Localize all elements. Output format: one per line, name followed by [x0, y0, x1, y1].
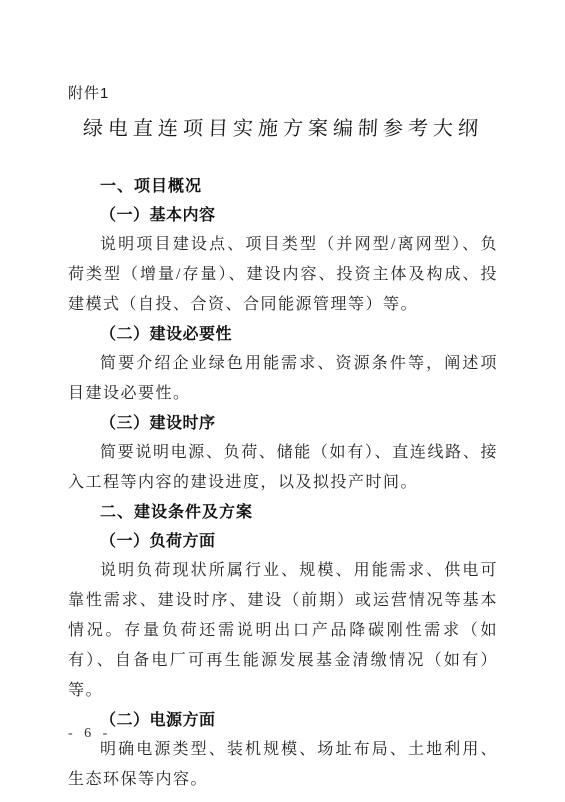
subheading-construction-schedule: （三）建设时序	[68, 409, 498, 438]
subheading-power-source-aspect: （二）电源方面	[68, 706, 498, 735]
subheading-basic-content: （一）基本内容	[68, 201, 498, 230]
document-title: 绿电直连项目实施方案编制参考大纲	[67, 114, 499, 144]
page-number: - 6 -	[68, 726, 111, 742]
subheading-construction-necessity: （二）建设必要性	[68, 320, 498, 349]
document-content: 附件1 绿电直连项目实施方案编制参考大纲 一、项目概况 （一）基本内容 说明项目…	[68, 84, 498, 795]
section-heading-project-overview: 一、项目概况	[68, 172, 498, 201]
paragraph-load-aspect: 说明负荷现状所属行业、规模、用能需求、供电可靠性需求、建设时序、建设（前期）或运…	[68, 556, 498, 706]
paragraph-basic-content: 说明项目建设点、项目类型（并网型/离网型）、负荷类型（增量/存量）、建设内容、投…	[68, 230, 498, 320]
subheading-load-aspect: （一）负荷方面	[68, 527, 498, 556]
paragraph-power-source-aspect: 明确电源类型、装机规模、场址布局、土地利用、生态环保等内容。	[68, 735, 498, 795]
document-page: 附件1 绿电直连项目实施方案编制参考大纲 一、项目概况 （一）基本内容 说明项目…	[0, 0, 565, 802]
attachment-label: 附件1	[68, 84, 498, 104]
document-body: 一、项目概况 （一）基本内容 说明项目建设点、项目类型（并网型/离网型）、负荷类…	[68, 172, 498, 795]
paragraph-construction-schedule: 简要说明电源、负荷、储能（如有）、直连线路、接入工程等内容的建设进度，以及拟投产…	[68, 438, 498, 498]
section-heading-conditions-and-plan: 二、建设条件及方案	[68, 498, 498, 527]
paragraph-construction-necessity: 简要介绍企业绿色用能需求、资源条件等，阐述项目建设必要性。	[68, 349, 498, 409]
